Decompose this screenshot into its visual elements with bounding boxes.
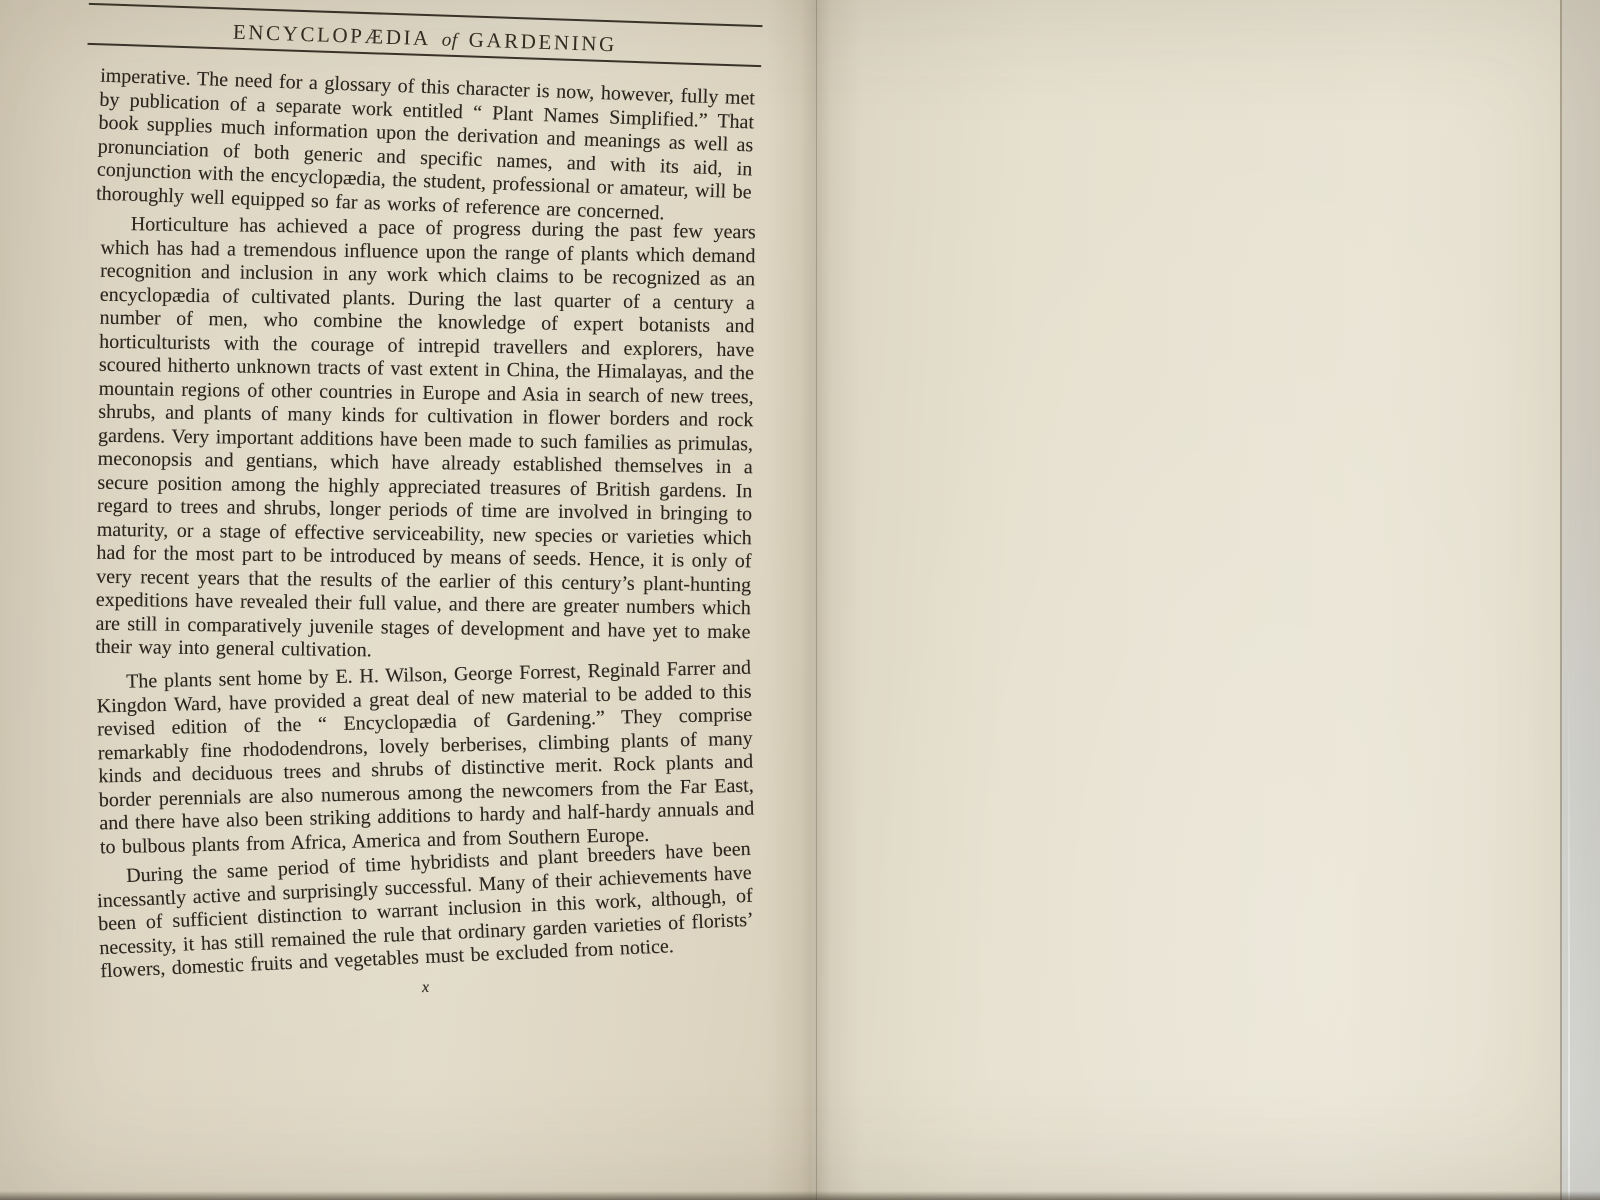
left-running-head: ENCYCLOPÆDIA of GARDENING	[87, 3, 762, 67]
open-book-photo: ENCYCLOPÆDIA of GARDENING imperative. Th…	[0, 0, 1600, 1200]
running-head-word: GARDENING	[468, 27, 617, 57]
paragraph: During the same period of time hybridist…	[96, 837, 756, 983]
right-page: INTRODUCTION The authorities and experts…	[812, 0, 1564, 1200]
running-head-word-of: of	[441, 30, 458, 53]
left-text-column: imperative. The need for a glossary of t…	[98, 76, 753, 1000]
paragraph: imperative. The need for a glossary of t…	[96, 65, 756, 229]
paragraph: The plants sent home by E. H. Wilson, Ge…	[96, 656, 755, 859]
left-page: ENCYCLOPÆDIA of GARDENING imperative. Th…	[0, 0, 812, 1200]
paragraph: Horticulture has achieved a pace of prog…	[95, 213, 756, 668]
page-fore-edge	[1560, 0, 1600, 1200]
running-head-word: ENCYCLOPÆDIA	[233, 20, 432, 52]
